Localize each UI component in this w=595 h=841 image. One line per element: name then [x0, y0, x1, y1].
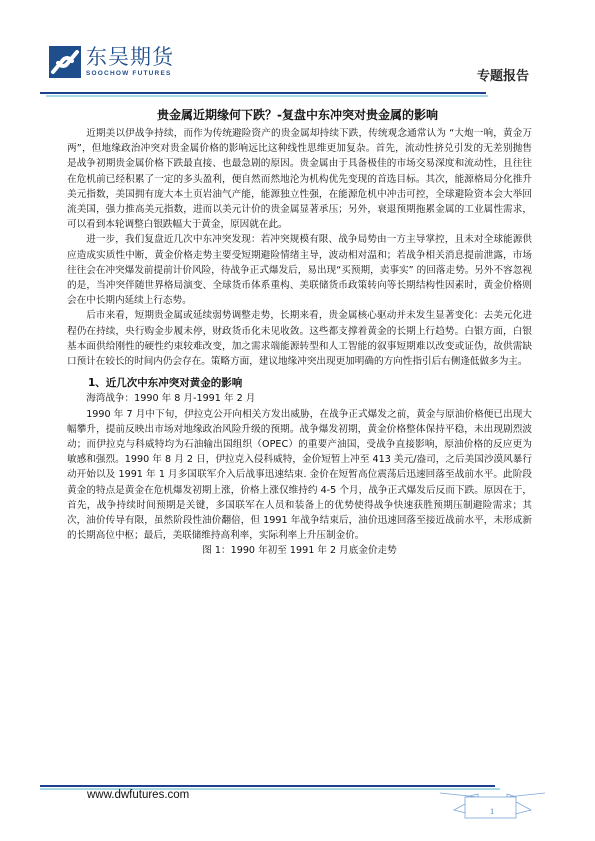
footer-website-link[interactable]: www.dwfutures.com [87, 789, 189, 801]
logo-mark-icon [49, 46, 81, 78]
logo-english-name: SOOCHOW FUTURES [86, 70, 174, 77]
section-paragraph: 1990 年 7 月中下旬，伊拉克公开向相关方发出威胁，在战争正式爆发之前，黄金… [67, 407, 532, 544]
section-heading: 1、近几次中东冲突对黄金的影响 [67, 376, 532, 391]
document-title: 贵金属近期缘何下跌？-复盘中东冲突对贵金属的影响 [0, 106, 595, 123]
document-body: 近期美以伊战争持续，而作为传统避险资产的贵金属却持续下跌，传统观念通常认为 “大… [67, 126, 532, 559]
section-subheading: 海湾战争：1990 年 8 月-1991 年 2 月 [67, 391, 532, 406]
header-rule-dark [40, 92, 486, 94]
intro-paragraph-3: 后市来看，短期贵金属或延续弱势调整走势，长期来看，贵金属核心驱动并未发生显著变化… [67, 308, 532, 369]
header-rule-light [46, 95, 488, 97]
page-number: 1 [490, 808, 494, 816]
intro-paragraph-2: 进一步，我们复盘近几次中东冲突发现：若冲突规模有限、战争局势由一方主导掌控，且未… [67, 232, 532, 308]
company-logo: 东吴期货 SOOCHOW FUTURES [49, 46, 174, 80]
report-type-label: 专题报告 [477, 65, 529, 84]
logo-chinese-name: 东吴期货 [86, 46, 174, 68]
figure-caption: 图 1：1990 年初至 1991 年 2 月底金价走势 [67, 543, 532, 558]
intro-paragraph-1: 近期美以伊战争持续，而作为传统避险资产的贵金属却持续下跌，传统观念通常认为 “大… [67, 126, 532, 232]
footer-rule-dark [40, 785, 495, 787]
